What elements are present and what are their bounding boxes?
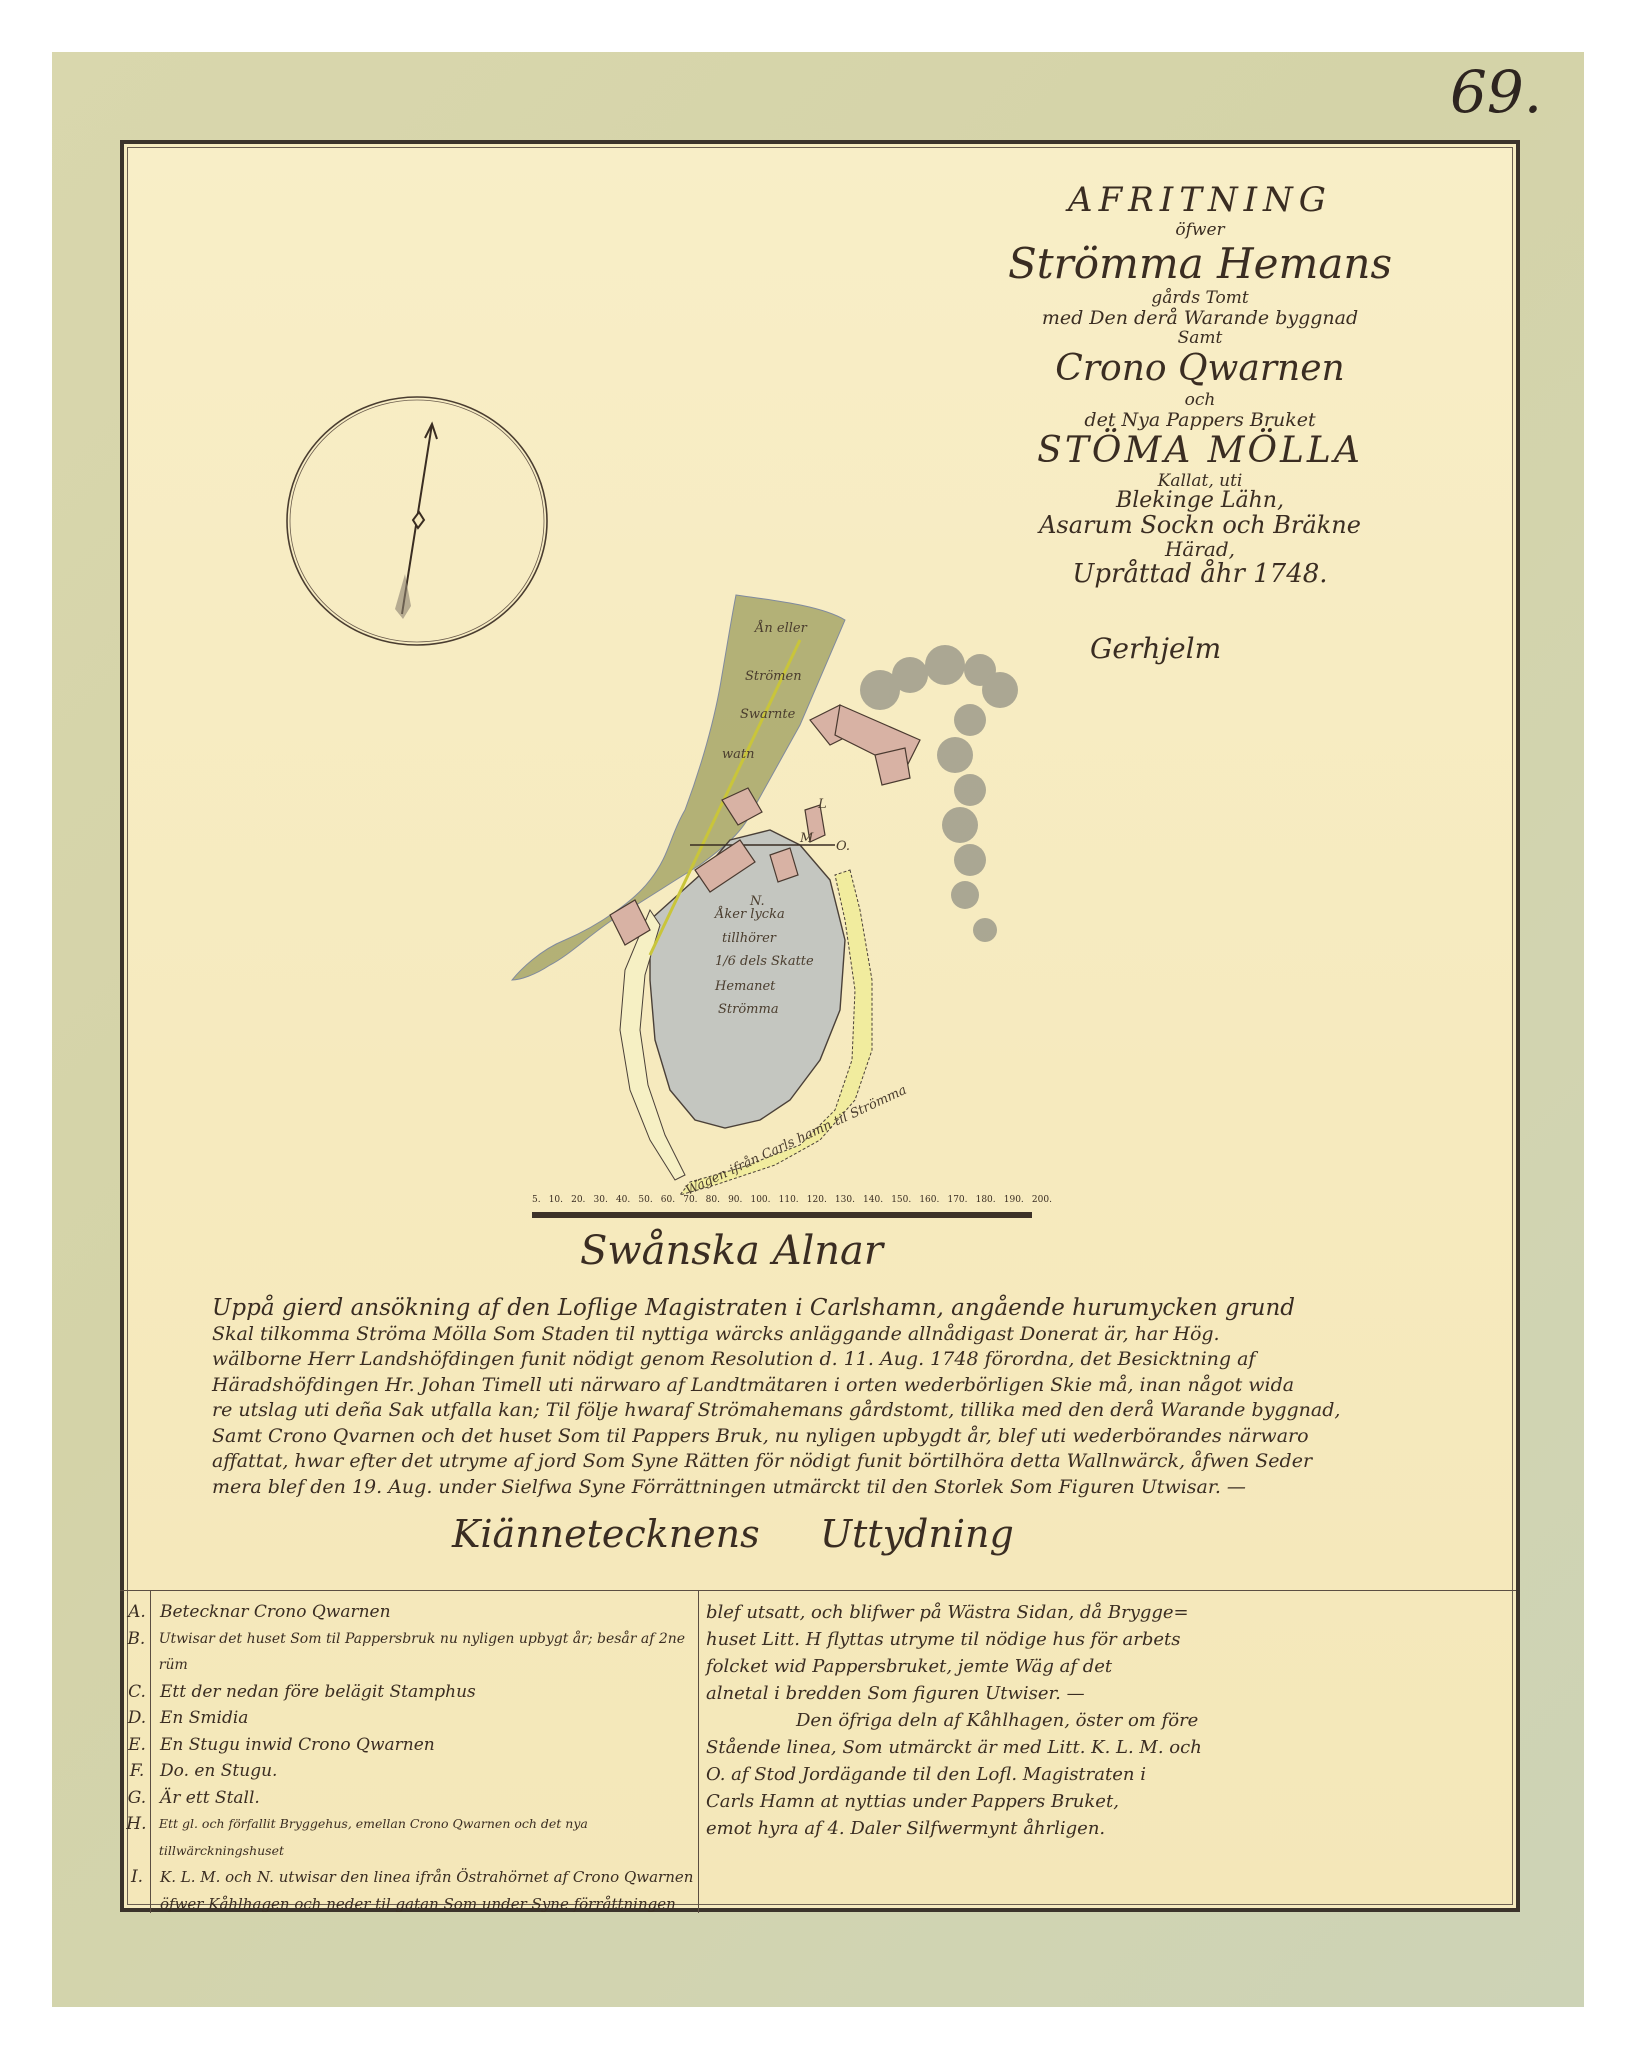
legend-item-b: B.Utwisar det huset Som til Pappersbruk … (120, 1626, 698, 1679)
description-line: Skal tilkomma Ströma Mölla Som Staden ti… (212, 1322, 1450, 1348)
legend-item-i-cont: öfwer Kåhlhagen och neder til gatan Som … (120, 1891, 698, 1918)
title-och: och (960, 390, 1440, 410)
legend-table: A.Betecknar Crono Qwarnen B.Utwisar det … (120, 1590, 1516, 1913)
svg-text:1/6 dels Skatte: 1/6 dels Skatte (715, 954, 814, 969)
scale-bar-line (532, 1212, 1032, 1218)
title-gards-tomt: gårds Tomt (960, 288, 1440, 308)
folio-number: 69. (1450, 58, 1542, 126)
title-ofwer: öfwer (960, 220, 1440, 240)
svg-text:N.: N. (749, 894, 765, 909)
title-crono-qwarnen: Crono Qwarnen (960, 348, 1440, 390)
title-stromma-hemans: Strömma Hemans (960, 240, 1440, 288)
svg-text:L: L (817, 797, 827, 812)
legend-title-part1: Kiännetecknens (452, 1512, 760, 1556)
scale-unit-label: Swånska Alnar (580, 1228, 883, 1274)
legend-item-e: E.En Stugu inwid Crono Qwarnen (120, 1732, 698, 1759)
scale-bar: 5.10.20. 30.40.50. 60.70.80. 90.100.110.… (532, 1195, 1052, 1225)
description-line: wälborne Herr Landshöfdingen funit nödig… (212, 1347, 1450, 1373)
svg-text:watn: watn (722, 747, 754, 762)
legend-title-part2: Uttydning (820, 1512, 1014, 1556)
title-harad: Härad, (960, 539, 1440, 559)
legend-continuation-line: blef utsatt, och blifwer på Wästra Sidan… (706, 1599, 1516, 1626)
title-asarum: Asarum Sockn och Bräkne (960, 511, 1440, 539)
legend-continuation-line: O. af Stod Jordägande til den Lofl. Magi… (706, 1761, 1516, 1788)
title-stoma-molla: STÖMA MÖLLA (960, 430, 1440, 471)
svg-text:Strömma: Strömma (718, 1002, 779, 1017)
legend-item-i: I.K. L. M. och N. utwisar den linea ifrå… (120, 1864, 698, 1891)
title-afritning: AFRITNING (960, 180, 1440, 220)
property-map: Ån eller Strömen Swarnte watn Åker lycka… (500, 580, 1180, 1200)
svg-text:tillhörer: tillhörer (722, 931, 777, 946)
svg-text:Swarnte: Swarnte (740, 707, 796, 722)
legend-continuation-line: Carls Hamn at nyttias under Pappers Bruk… (706, 1788, 1516, 1815)
legend-right-column: blef utsatt, och blifwer på Wästra Sidan… (698, 1599, 1516, 1842)
legend-item-c: C.Ett der nedan före belägit Stamphus (120, 1679, 698, 1706)
title-med-den: med Den derå Warande byggnad (960, 308, 1440, 328)
description-line: Häradshöfdingen Hr. Johan Timell uti när… (212, 1373, 1450, 1399)
legend-item-g: G.Är ett Stall. (120, 1785, 698, 1812)
svg-text:O.: O. (836, 839, 850, 854)
legend-continuation-line: emot hyra af 4. Daler Silfwermynt åhrlig… (706, 1815, 1516, 1842)
svg-text:Åker lycka: Åker lycka (713, 906, 785, 922)
description-line: Samt Crono Qvarnen och det huset Som til… (212, 1424, 1450, 1450)
legend-item-d: D.En Smidia (120, 1705, 698, 1732)
title-blekinge: Blekinge Lähn, (960, 491, 1440, 511)
legend-item-h: H.Ett gl. och förfallit Bryggehus, emell… (120, 1811, 698, 1864)
title-pappers-bruket: det Nya Pappers Bruket (960, 410, 1440, 430)
description-line: affattat, hwar efter det utryme af jord … (212, 1449, 1450, 1475)
legend-continuation-line: Den öfriga deln af Kåhlhagen, öster om f… (706, 1707, 1516, 1734)
svg-text:Strömen: Strömen (745, 669, 802, 684)
legend-continuation-line: folcket wid Pappersbruket, jemte Wäg af … (706, 1653, 1516, 1680)
title-samt: Samt (960, 328, 1440, 348)
legend-continuation-line: huset Litt. H flyttas utryme til nödige … (706, 1626, 1516, 1653)
legend-item-a: A.Betecknar Crono Qwarnen (120, 1599, 698, 1626)
legend-continuation-line: Stående linea, Som utmärckt är med Litt.… (706, 1734, 1516, 1761)
title-cartouche: AFRITNING öfwer Strömma Hemans gårds Tom… (960, 180, 1440, 589)
rocky-woodland (860, 645, 1018, 942)
scale-ticks: 5.10.20. 30.40.50. 60.70.80. 90.100.110.… (532, 1195, 1052, 1211)
description-paragraph: Uppå gierd ansökning af den Loflige Magi… (212, 1296, 1450, 1500)
svg-text:Ån eller: Ån eller (753, 620, 808, 636)
svg-text:M: M (799, 831, 814, 846)
legend-left-column: A.Betecknar Crono Qwarnen B.Utwisar det … (120, 1599, 698, 1917)
legend-item-f: F.Do. en Stugu. (120, 1758, 698, 1785)
description-line: Uppå gierd ansökning af den Loflige Magi… (212, 1296, 1450, 1322)
svg-text:Hemanet: Hemanet (714, 979, 776, 994)
legend-continuation-line: alnetal i bredden Som figuren Utwiser. — (706, 1680, 1516, 1707)
description-line: re utslag uti deña Sak utfalla kan; Til … (212, 1398, 1450, 1424)
description-line: mera blef den 19. Aug. under Sielfwa Syn… (212, 1475, 1450, 1501)
